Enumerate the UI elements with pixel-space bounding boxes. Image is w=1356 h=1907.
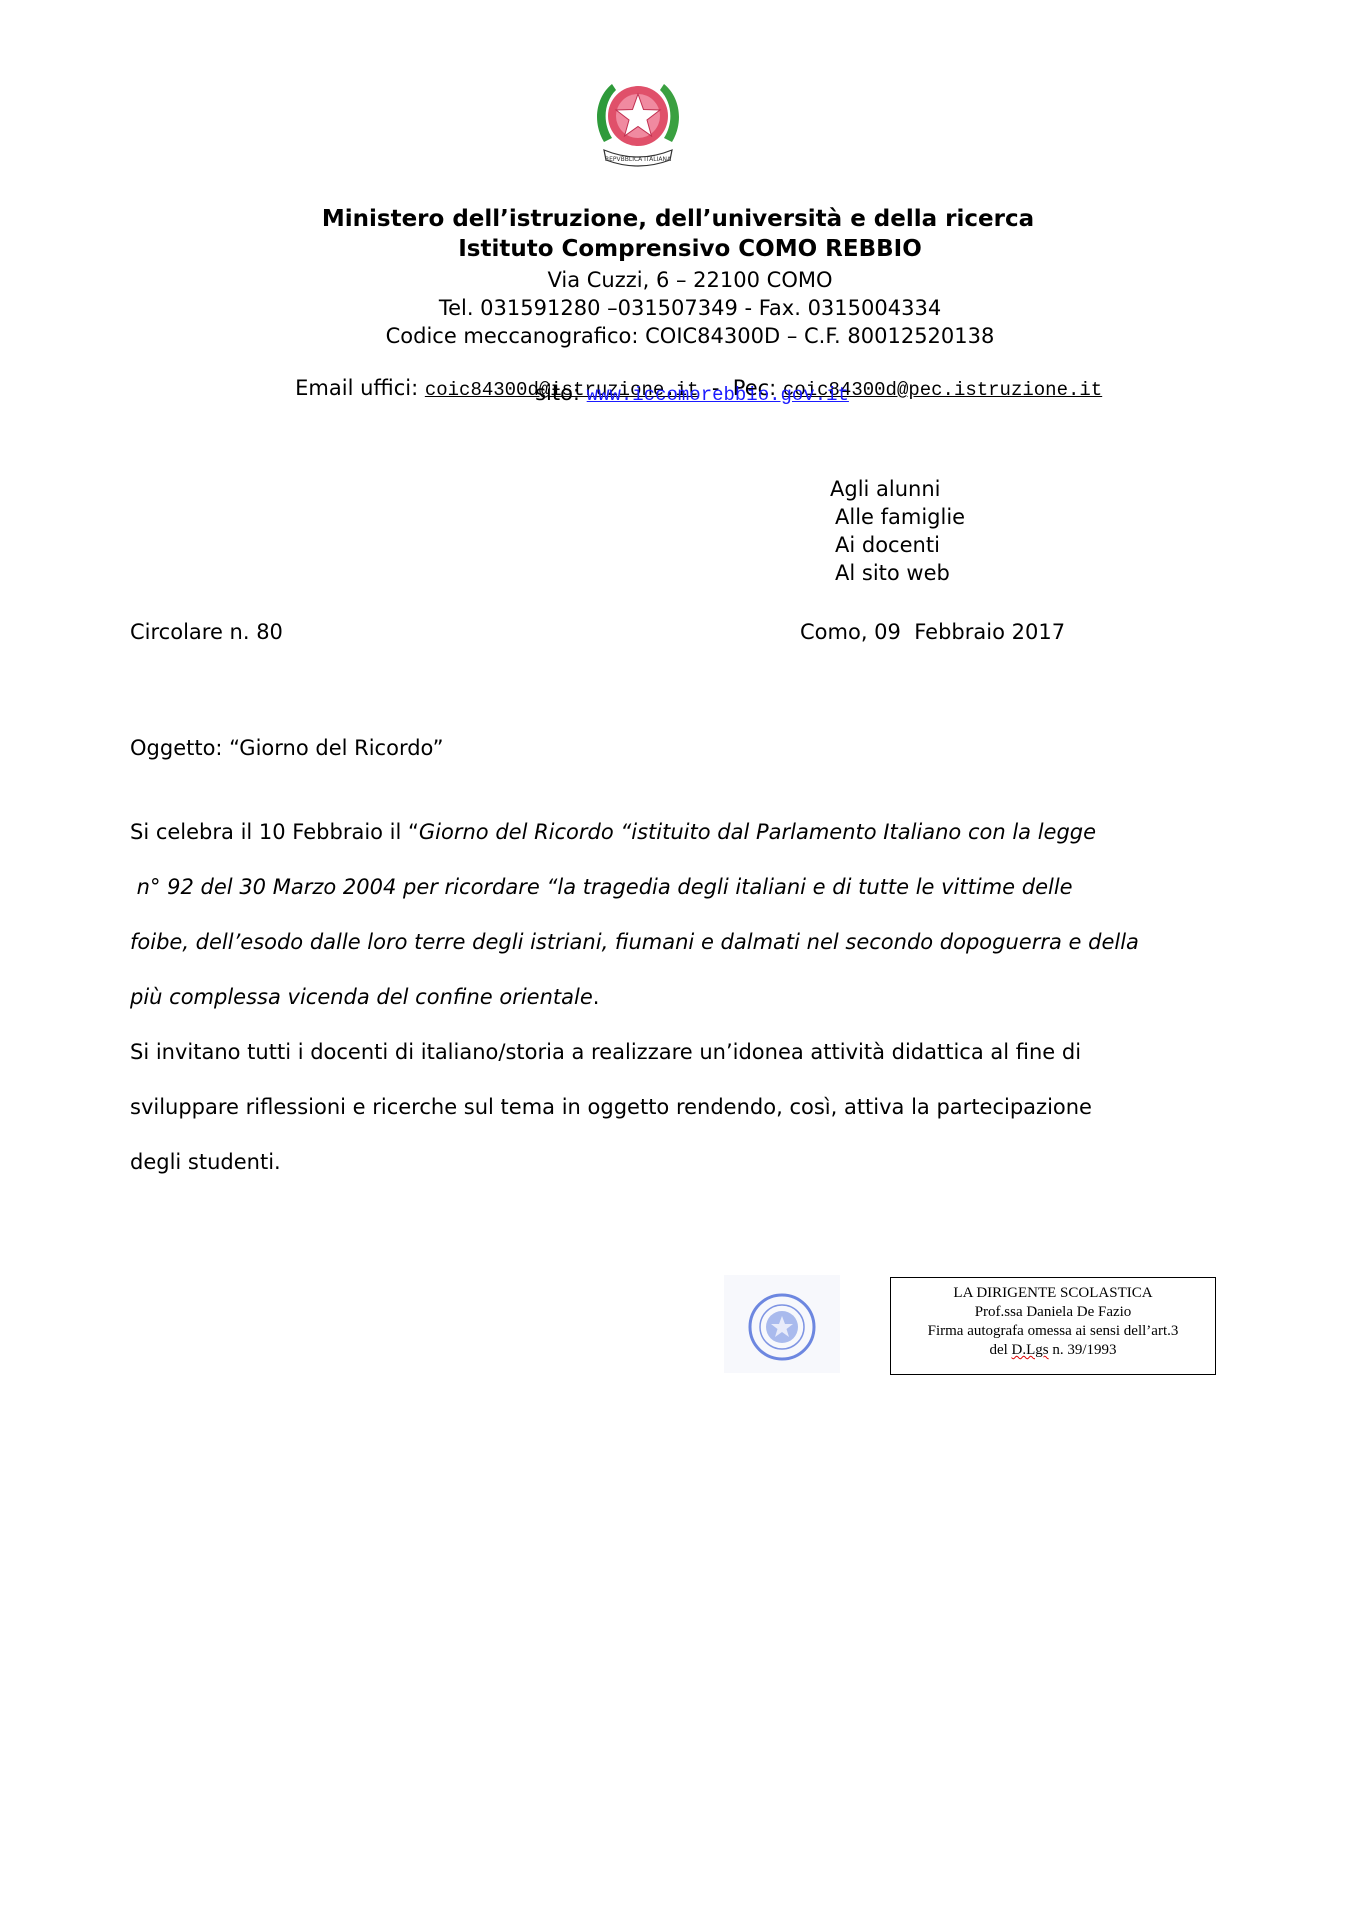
text-run-italic: più complessa vicenda del confine orient… (130, 985, 593, 1009)
text-run: Si celebra il 10 Febbraio il “ (130, 820, 419, 844)
text-run-italic: Giorno del Ricordo “istituito dal Parlam… (419, 820, 1096, 844)
body-p1-line1: Si celebra il 10 Febbraio il “Giorno del… (130, 820, 1096, 844)
law-ref: D.Lgs (1012, 1342, 1049, 1358)
text-run: . (593, 985, 600, 1009)
school-seal-stamp-icon (724, 1275, 840, 1373)
recipient: Al sito web (830, 559, 965, 587)
site-label: sito: (535, 381, 587, 405)
body-p1-line2: n° 92 del 30 Marzo 2004 per ricordare “l… (130, 875, 1073, 899)
institute-name: Istituto Comprensivo COMO REBBIO (12, 236, 1356, 262)
site-line: sito: www.iccomorebbio.gov.it (14, 381, 1356, 406)
site-link[interactable]: www.iccomorebbio.gov.it (587, 384, 849, 406)
recipient: Alle famiglie (830, 503, 965, 531)
svg-text:REPVBBLICA ITALIANA: REPVBBLICA ITALIANA (605, 156, 672, 163)
body-p1-line4: più complessa vicenda del confine orient… (130, 985, 599, 1009)
body-p1-line3: foibe, dell’esodo dalle loro terre degli… (130, 930, 1139, 954)
subject: Oggetto: “Giorno del Ricordo” (130, 736, 444, 760)
signature-law: del D.Lgs n. 39/1993 (891, 1341, 1215, 1360)
letter-date: Como, 09 Febbraio 2017 (800, 620, 1065, 644)
signature-note: Firma autografa omessa ai sensi dell’art… (891, 1322, 1215, 1341)
signature-name: Prof.ssa Daniela De Fazio (891, 1303, 1215, 1322)
signature-title: LA DIRIGENTE SCOLASTICA (891, 1284, 1215, 1303)
body-p2-line3: degli studenti. (130, 1150, 281, 1174)
phone-fax: Tel. 031591280 –031507349 - Fax. 0315004… (12, 296, 1356, 320)
italian-republic-emblem-icon: REPVBBLICA ITALIANA (590, 72, 686, 172)
text-run: del (989, 1342, 1011, 1358)
text-run: n. 39/1993 (1049, 1342, 1117, 1358)
body-p2-line2: sviluppare riflessioni e ricerche sul te… (130, 1095, 1092, 1119)
signature-box: LA DIRIGENTE SCOLASTICA Prof.ssa Daniela… (890, 1277, 1216, 1375)
recipient: Agli alunni (830, 475, 965, 503)
address: Via Cuzzi, 6 – 22100 COMO (12, 268, 1356, 292)
codes: Codice meccanografico: COIC84300D – C.F.… (12, 324, 1356, 348)
body-p2-line1: Si invitano tutti i docenti di italiano/… (130, 1040, 1081, 1064)
ministry-name: Ministero dell’istruzione, dell’universi… (0, 206, 1356, 232)
recipient: Ai docenti (830, 531, 965, 559)
circular-number: Circolare n. 80 (130, 620, 283, 644)
recipients-list: Agli alunni Alle famiglie Ai docenti Al … (830, 475, 965, 587)
